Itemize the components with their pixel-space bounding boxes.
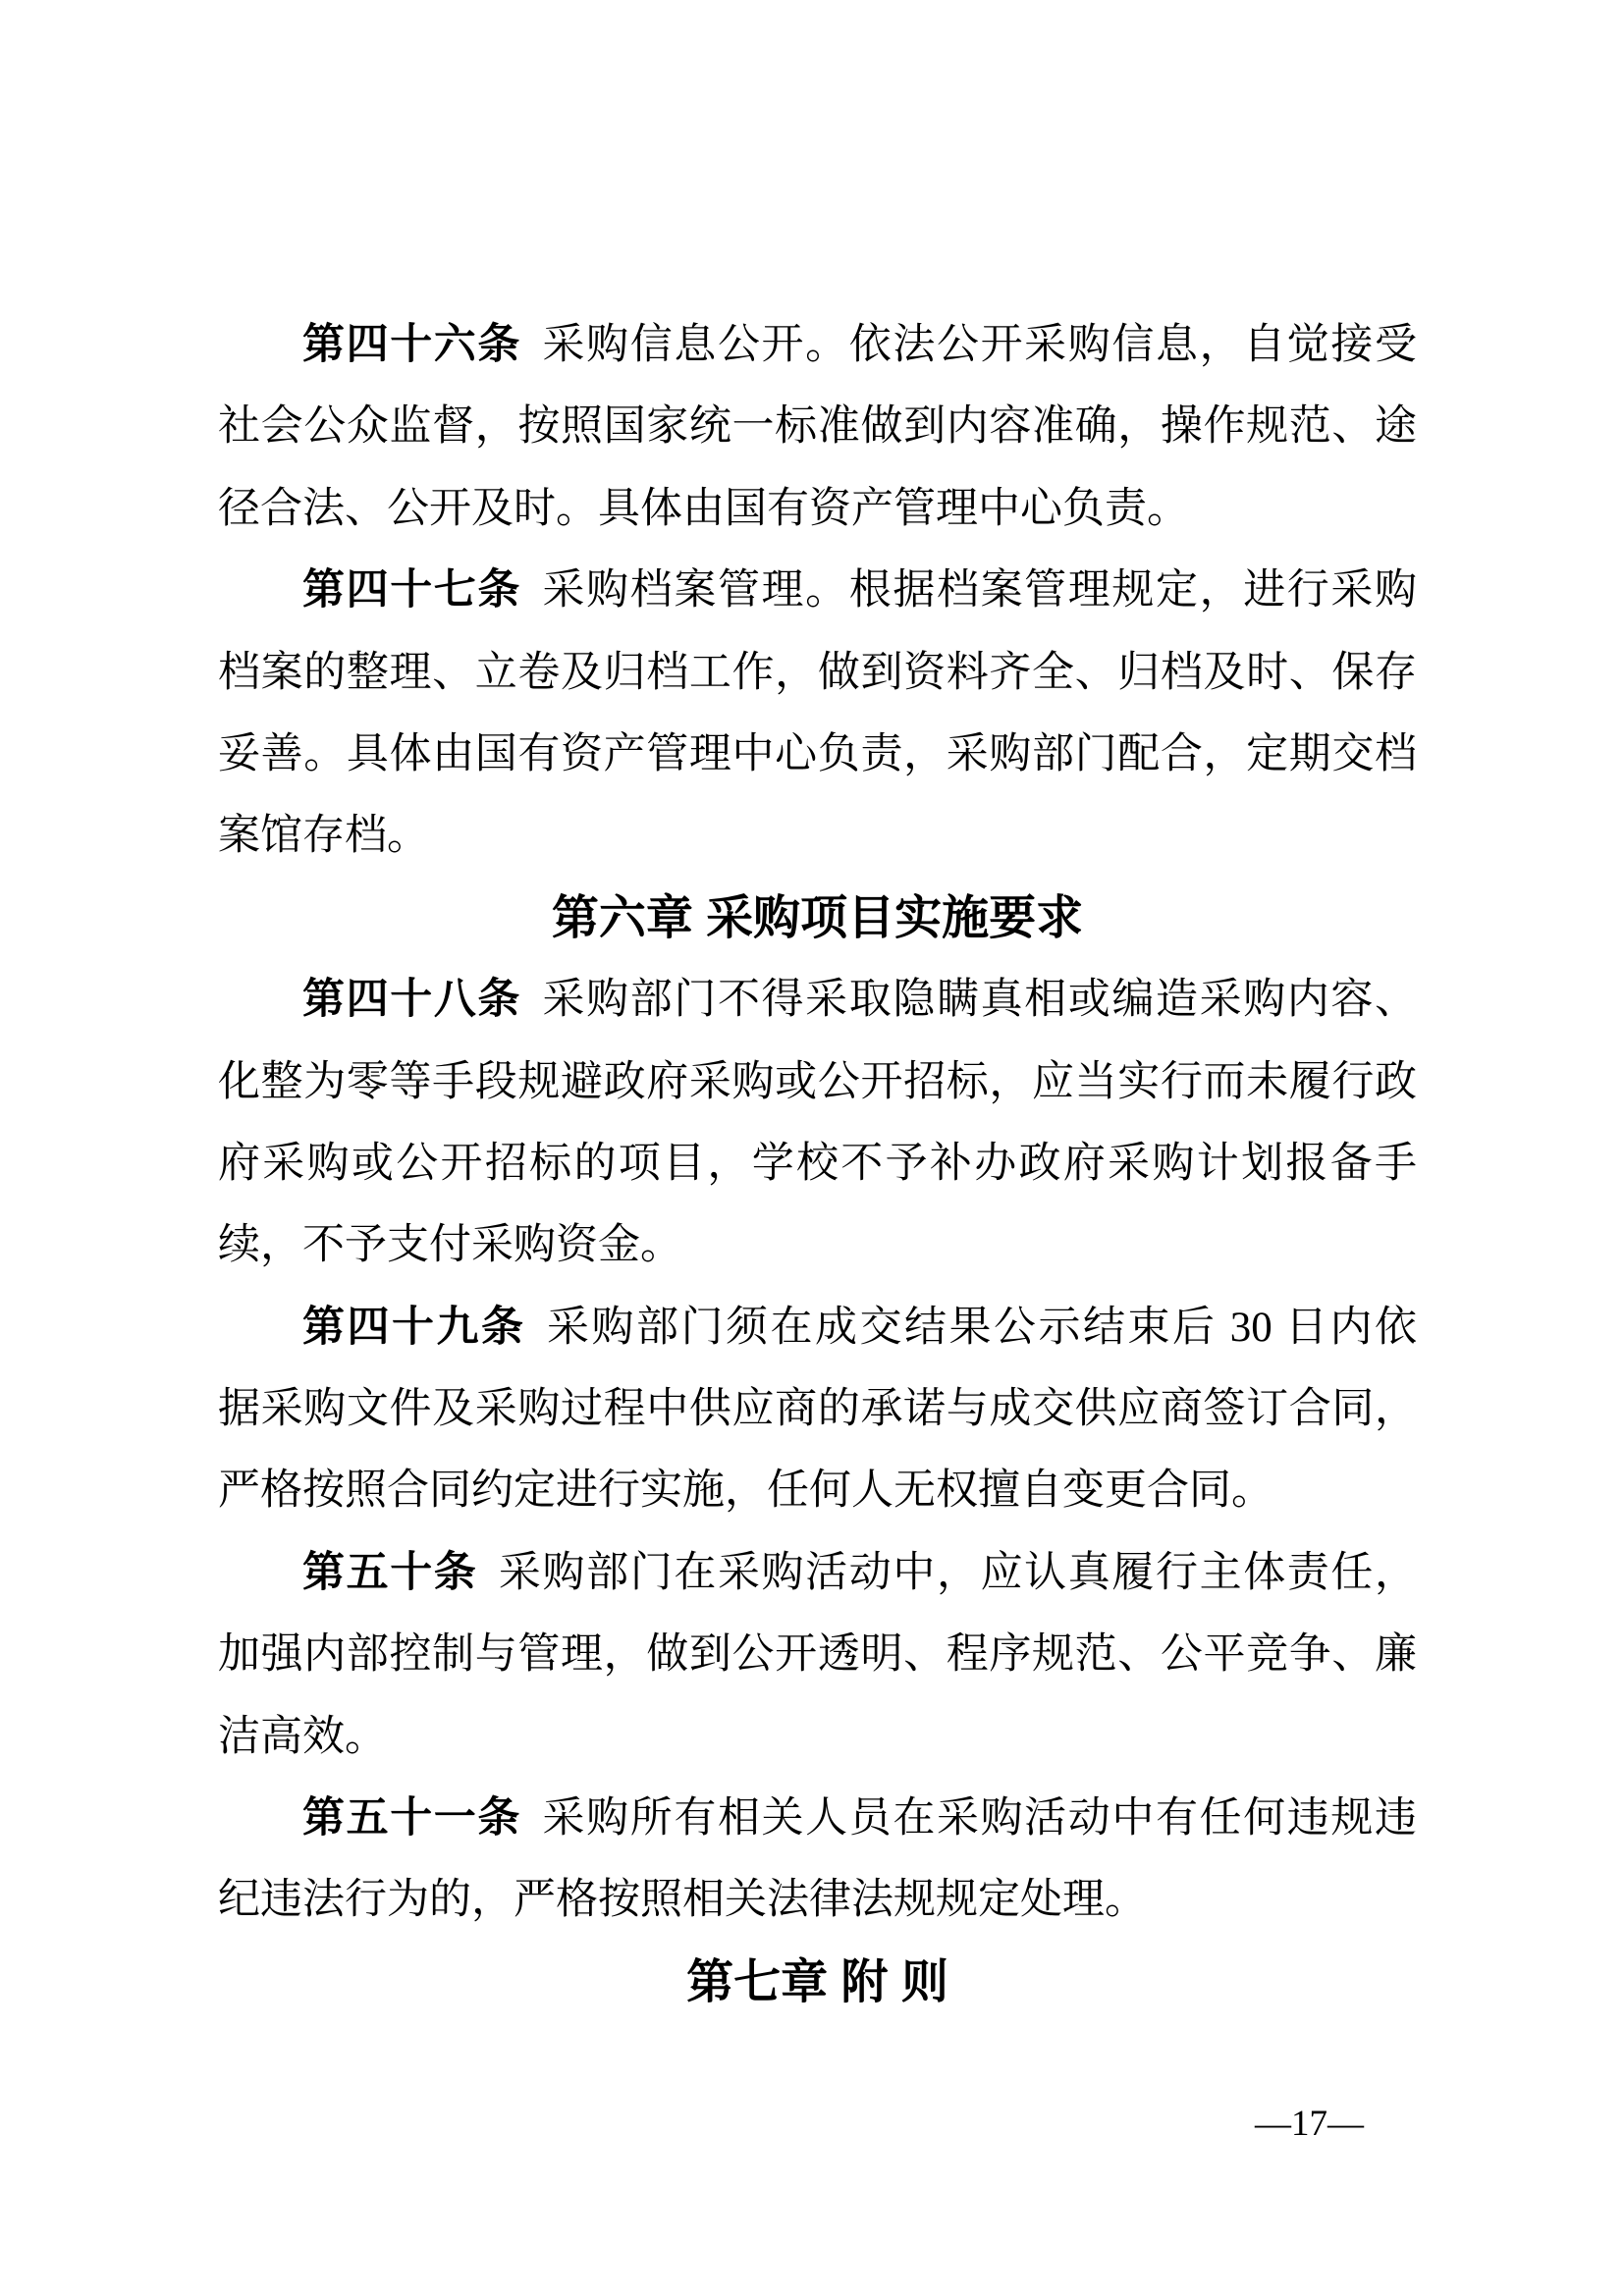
page-number: —17— xyxy=(1255,2103,1364,2146)
text-line: 案馆存档。 xyxy=(218,795,1417,877)
line-text: 采购信息公开。依法公开采购信息，自觉接受 xyxy=(543,322,1417,368)
text-line: 第五十一条采购所有相关人员在采购活动中有任何违规违 xyxy=(218,1778,1417,1859)
line-text: 采购档案管理。根据档案管理规定，进行采购 xyxy=(543,567,1417,614)
line-text: 采购部门在采购活动中，应认真履行主体责任， xyxy=(499,1550,1417,1596)
text-line: 社会公众监督，按照国家统一标准做到内容准确，操作规范、途 xyxy=(218,386,1417,467)
document-page: 第四十六条采购信息公开。依法公开采购信息，自觉接受社会公众监督，按照国家统一标准… xyxy=(0,0,1624,2296)
text-line: 第四十九条采购部门须在成交结果公示结束后 30 日内依 xyxy=(218,1287,1417,1368)
article-paragraph: 第四十九条采购部门须在成交结果公示结束后 30 日内依据采购文件及采购过程中供应… xyxy=(218,1287,1417,1532)
text-line: 严格按照合同约定进行实施，任何人无权擅自变更合同。 xyxy=(218,1450,1417,1531)
text-line: 档案的整理、立卷及归档工作，做到资料齐全、归档及时、保存 xyxy=(218,632,1417,714)
article-paragraph: 第五十条采购部门在采购活动中，应认真履行主体责任，加强内部控制与管理，做到公开透… xyxy=(218,1532,1417,1778)
article-number: 第五十一条 xyxy=(302,1795,521,1842)
article-number: 第四十七条 xyxy=(302,567,521,614)
article-number: 第五十条 xyxy=(302,1550,477,1596)
chapter-heading: 第七章 附 则 xyxy=(218,1942,1417,2023)
article-number: 第四十八条 xyxy=(302,977,521,1023)
line-text: 采购部门须在成交结果公示结束后 30 日内依 xyxy=(547,1305,1417,1351)
text-line: 径合法、公开及时。具体由国有资产管理中心负责。 xyxy=(218,468,1417,550)
text-line: 妥善。具体由国有资产管理中心负责，采购部门配合，定期交档 xyxy=(218,714,1417,795)
document-content: 第四十六条采购信息公开。依法公开采购信息，自觉接受社会公众监督，按照国家统一标准… xyxy=(218,304,1417,2023)
text-line: 洁高效。 xyxy=(218,1696,1417,1778)
text-line: 第四十七条采购档案管理。根据档案管理规定，进行采购 xyxy=(218,550,1417,631)
article-number: 第四十六条 xyxy=(302,322,521,368)
text-line: 第五十条采购部门在采购活动中，应认真履行主体责任， xyxy=(218,1532,1417,1614)
article-paragraph: 第四十七条采购档案管理。根据档案管理规定，进行采购档案的整理、立卷及归档工作，做… xyxy=(218,550,1417,878)
text-line: 第四十六条采购信息公开。依法公开采购信息，自觉接受 xyxy=(218,304,1417,386)
text-line: 据采购文件及采购过程中供应商的承诺与成交供应商签订合同， xyxy=(218,1368,1417,1450)
article-paragraph: 第五十一条采购所有相关人员在采购活动中有任何违规违纪违法行为的，严格按照相关法律… xyxy=(218,1778,1417,1942)
article-paragraph: 第四十六条采购信息公开。依法公开采购信息，自觉接受社会公众监督，按照国家统一标准… xyxy=(218,304,1417,550)
text-line: 续，不予支付采购资金。 xyxy=(218,1204,1417,1286)
text-line: 加强内部控制与管理，做到公开透明、程序规范、公平竞争、廉 xyxy=(218,1614,1417,1695)
article-paragraph: 第四十八条采购部门不得采取隐瞒真相或编造采购内容、化整为零等手段规避政府采购或公… xyxy=(218,959,1417,1287)
text-line: 第四十八条采购部门不得采取隐瞒真相或编造采购内容、 xyxy=(218,959,1417,1041)
text-line: 化整为零等手段规避政府采购或公开招标，应当实行而未履行政 xyxy=(218,1041,1417,1123)
text-line: 府采购或公开招标的项目，学校不予补办政府采购计划报备手 xyxy=(218,1123,1417,1204)
chapter-heading: 第六章 采购项目实施要求 xyxy=(218,878,1417,959)
article-number: 第四十九条 xyxy=(302,1305,526,1351)
text-line: 纪违法行为的，严格按照相关法律法规规定处理。 xyxy=(218,1859,1417,1941)
line-text: 采购部门不得采取隐瞒真相或编造采购内容、 xyxy=(543,977,1417,1023)
line-text: 采购所有相关人员在采购活动中有任何违规违 xyxy=(543,1795,1417,1842)
